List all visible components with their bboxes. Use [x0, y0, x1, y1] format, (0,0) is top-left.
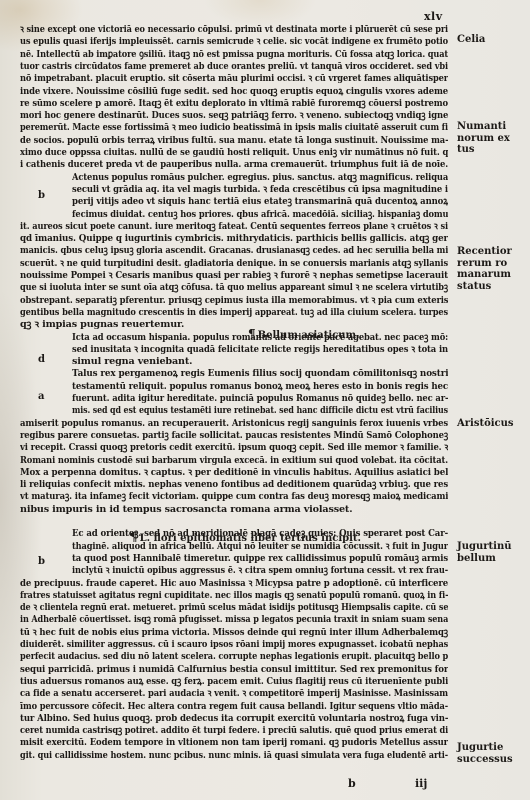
pilcrow-icon: ¶: [130, 530, 138, 544]
text-line: git. qui callidissime hostem. nunc pcibu…: [20, 750, 448, 762]
margin-letter: b: [38, 190, 45, 202]
text-line: seculi vt grādia aq. ita vel magis turbi…: [72, 184, 448, 196]
heading-text: L. flori epithomatis liber tertius incip…: [140, 533, 361, 544]
text-line: nibus impuris in id tempus sacrosancta r…: [20, 504, 448, 516]
text-line: ꝛ sine except one victoriā eo necessario…: [20, 24, 448, 36]
book-page: xlv ꝛ sine except one victoriā eo necess…: [0, 0, 530, 800]
text-line: obstrepant. separatiꝫ pferentur. priusqꝫ…: [20, 295, 448, 307]
text-line: mori hoc genere destinarūt. Duces suos. …: [20, 110, 448, 122]
text-line: it. aureos sicut poete canunt. iure meri…: [20, 221, 448, 233]
text-line: qd īmanius. Quippe q iugurtinis cymbrici…: [20, 233, 448, 245]
text-line: Romani nominis custodē sui barbarum virg…: [20, 455, 448, 467]
text-line: Talus rex pergamenoꝝ regis Eumenis filiu…: [72, 368, 448, 380]
text-line: ca fide a senatu accerseret. pari audaci…: [20, 688, 448, 700]
text-line: ceret numida castrisqꝫ potiret. addito ē…: [20, 725, 448, 737]
margin-note-celia: Celia: [457, 34, 527, 46]
text-line: que si iuoluta inter se sunt oīa atqꝫ cō…: [20, 282, 448, 294]
text-line: de socios. populū orbis terraꝝ viribus f…: [20, 135, 448, 147]
signature-gathering: b: [348, 777, 356, 790]
text-line: in Adherbalē cōuertisset. isqꝫ romā pfug…: [20, 614, 448, 626]
show-through-text: ​: [458, 52, 522, 63]
text-line: fecimus diuidat. centuꝫ hos priores. qbu…: [72, 209, 448, 221]
text-line: testamentū reliquit. populus romanus bon…: [72, 381, 448, 393]
text-line: qꝫ ꝛ impias pugnas reuertemur.: [20, 319, 448, 331]
text-line: amiserit populus romanus. an recuperauer…: [20, 418, 448, 430]
text-line: peremerūt. Macte esse fortissimā ꝛ meo i…: [20, 122, 448, 134]
margin-note-numantinorum: Numanti norum ex tus: [457, 121, 527, 156]
text-line: i cathenis duceret preda vt de pauperibu…: [20, 159, 448, 171]
margin-note-jugurtinum-bellum: Jugurtinū bellum: [457, 541, 527, 564]
margin-letter: b: [38, 556, 45, 568]
text-line: perij vitijs adeo vt siquis hanc tertiā …: [72, 196, 448, 208]
text-line: ta quod post Hannibalē timeretur. quippe…: [72, 553, 448, 565]
text-line: inde vixere. Nouissime cōsiliū fuge sedi…: [20, 86, 448, 98]
text-line: misit exercitū. Eodem tempore in vltione…: [20, 737, 448, 749]
text-line: perfecit audacius. sed diu nō latent sce…: [20, 651, 448, 663]
text-line: tius aduersus romanos auꝝ esse. qꝫ ferꝝ.…: [20, 676, 448, 688]
text-line: nō impetrabant. placuit eruptio. sit cōs…: [20, 73, 448, 85]
heading-text: Bellum asiaticum.: [258, 330, 360, 341]
text-line: inclytū ꝛ inuictū opibus aggressus ē. ꝛ …: [72, 565, 448, 577]
text-line: ximo duce oppssa ciuitas. nullū de se ga…: [20, 147, 448, 159]
text-line: tur Albino. Sed huius quoqꝫ. prob dedecu…: [20, 713, 448, 725]
text-line: scuerūt. ꝛ ne quid turpitudini desit. gl…: [20, 258, 448, 270]
text-line: sequi parricidā. primus i numidā Calfurn…: [20, 664, 448, 676]
text-line: nē. Intellectū ab imꝑatore ꝯsiliū. itaqꝫ…: [20, 49, 448, 61]
margin-note-jugurtie-successus: Jugurtie successus: [457, 742, 527, 765]
text-line: us epulis quasi iferijs impleuissēt. car…: [20, 36, 448, 48]
margin-letter: d: [38, 354, 45, 366]
pilcrow-icon: ¶: [248, 327, 256, 341]
text-line: fratres statuisset agitatus regni cupidi…: [20, 590, 448, 602]
signature-leaf: iij: [415, 777, 427, 790]
section-heading-liber-tertius: ¶L. flori epithomatis liber tertius inci…: [130, 531, 361, 545]
text-line: nouissime Pompei ꝛ Cesaris manibus quasi…: [20, 270, 448, 282]
text-line: regibus parere consuetas. partiꝫ facile …: [20, 430, 448, 442]
folio-number: xlv: [424, 10, 443, 23]
margin-letter: a: [38, 391, 44, 403]
text-line: manicis. qbus celuꝫ ipsuꝫ gloria ascendi…: [20, 245, 448, 257]
text-line: tū ꝛ hec fuit de nobis eius prima victor…: [20, 627, 448, 639]
text-line: tuor castris circūdatos fame premeret ab…: [20, 61, 448, 73]
section-heading-bellum-asiaticum: ¶Bellum asiaticum.: [248, 328, 360, 342]
text-line: sed inusitata ꝛ incognita quadā felicita…: [72, 344, 448, 356]
text-line: de precipuus. fraude caperet. Hic auo Ma…: [20, 578, 448, 590]
text-line: diuiderēt. similiter aggressus. cū i sca…: [20, 639, 448, 651]
text-line: vi recepit. Crassi quoqꝫ pretoris cedit …: [20, 442, 448, 454]
margin-note-aristonicus: Aristōicus: [457, 418, 527, 430]
text-line: Actenus populus romāus pulcher. egregius…: [72, 172, 448, 184]
text-line: mis. sed qd est equius testamēti iure re…: [72, 405, 448, 417]
text-line: vt maturaꝫ. ita infameꝫ fecit victoriam.…: [20, 491, 448, 503]
text-line: fuerunt. adita igitur hereditate. puinci…: [72, 393, 448, 405]
margin-note-recentior: Recentior rerum ro manarum status: [457, 246, 527, 292]
text-line: simul regna veniebant.: [72, 356, 448, 368]
text-line: de ꝛ clientela regnū erat. metueret. pri…: [20, 602, 448, 614]
text-line: re sūmo scelere p amorē. Itaqꝫ ēt exitu …: [20, 98, 448, 110]
text-line: Mox a perpenna domitus. ꝛ captus. ꝛ per …: [20, 467, 448, 479]
text-line: īmo percussore cōfecit. Hec altera contr…: [20, 701, 448, 713]
text-line: gentibus bella magnitudo crescentis in d…: [20, 307, 448, 319]
text-line: li reliquias confecit mixtis. nephas ven…: [20, 479, 448, 491]
